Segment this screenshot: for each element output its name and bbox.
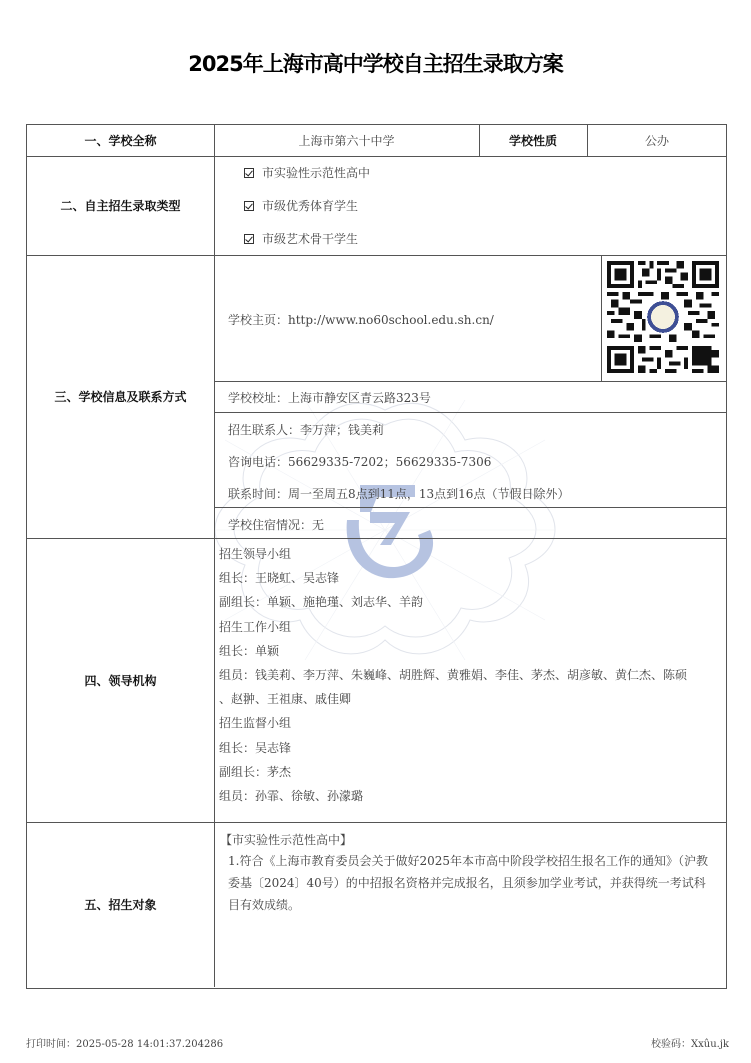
leadership-line: 、赵翀、王祖康、戚佳卿	[219, 687, 687, 711]
subrow-divider	[214, 381, 727, 382]
admission-table: 一、学校全称 上海市第六十中学 学校性质 公办 二、自主招生录取类型 三、学校信…	[26, 124, 727, 989]
qr-code-icon[interactable]	[607, 261, 719, 373]
type-option-experimental[interactable]: 市实验性示范性高中	[244, 164, 370, 181]
checkbox-checked-icon[interactable]	[244, 234, 254, 244]
leadership-line: 组员：钱美莉、李万萍、朱巍峰、胡胜辉、黄雅娟、李佳、茅杰、胡彦敏、黄仁杰、陈硕	[219, 663, 687, 687]
leadership-line: 招生领导小组	[219, 542, 687, 566]
document-title: 2025年上海市高中学校自主招生录取方案	[0, 48, 751, 78]
admission-target-paragraph: 1.符合《上海市教育委员会关于做好2025年本市高中阶段学校招生报名工作的通知》…	[228, 850, 712, 916]
school-homepage: 学校主页：http://www.no60school.edu.sh.cn/	[228, 311, 494, 328]
contact-time: 联系时间：周一至周五8点到11点，13点到16点（节假日除外）	[228, 485, 569, 502]
school-address: 学校校址：上海市静安区青云路323号	[228, 389, 431, 406]
contact-phone: 咨询电话：56629335-7202；56629335-7306	[228, 453, 491, 470]
leadership-line: 组长：吴志锋	[219, 736, 687, 760]
print-time: 打印时间：2025-05-28 14:01:37.204286	[26, 1035, 223, 1050]
type-option-sports[interactable]: 市级优秀体育学生	[244, 197, 358, 214]
leadership-line: 招生监督小组	[219, 711, 687, 735]
section1-label: 一、学校全称	[27, 125, 214, 156]
admission-target-heading: 【市实验性示范性高中】	[220, 831, 352, 848]
school-nature-label: 学校性质	[479, 125, 587, 156]
leadership-list: 招生领导小组 组长：王晓虹、吴志锋 副组长：单颖、施艳瑾、刘志华、羊韵 招生工作…	[219, 542, 687, 808]
leadership-line: 组员：孙霏、徐敏、孙濛璐	[219, 784, 687, 808]
subrow-divider	[214, 412, 727, 413]
qr-column-divider	[601, 255, 602, 381]
checkbox-checked-icon[interactable]	[244, 201, 254, 211]
check-code: 校验码：Xxûu.jk	[651, 1035, 729, 1050]
leadership-line: 组长：王晓虹、吴志锋	[219, 566, 687, 590]
section3-label: 三、学校信息及联系方式	[27, 255, 214, 538]
school-nature-value: 公办	[587, 125, 727, 156]
checkbox-checked-icon[interactable]	[244, 168, 254, 178]
section2-label: 二、自主招生录取类型	[27, 156, 214, 255]
contact-person: 招生联系人：李万萍；钱美莉	[228, 421, 384, 438]
leadership-line: 组长：单颖	[219, 639, 687, 663]
type-option-label: 市级优秀体育学生	[262, 197, 358, 214]
type-option-label: 市实验性示范性高中	[262, 164, 370, 181]
subrow-divider	[214, 507, 727, 508]
dormitory-info: 学校住宿情况：无	[228, 516, 324, 533]
type-option-label: 市级艺术骨干学生	[262, 230, 358, 247]
column-divider	[214, 125, 215, 987]
type-option-arts[interactable]: 市级艺术骨干学生	[244, 230, 358, 247]
leadership-line: 副组长：单颖、施艳瑾、刘志华、羊韵	[219, 590, 687, 614]
leadership-line: 招生工作小组	[219, 615, 687, 639]
section4-label: 四、领导机构	[27, 538, 214, 822]
leadership-line: 副组长：茅杰	[219, 760, 687, 784]
school-name: 上海市第六十中学	[214, 125, 479, 156]
section5-label: 五、招生对象	[27, 822, 214, 987]
